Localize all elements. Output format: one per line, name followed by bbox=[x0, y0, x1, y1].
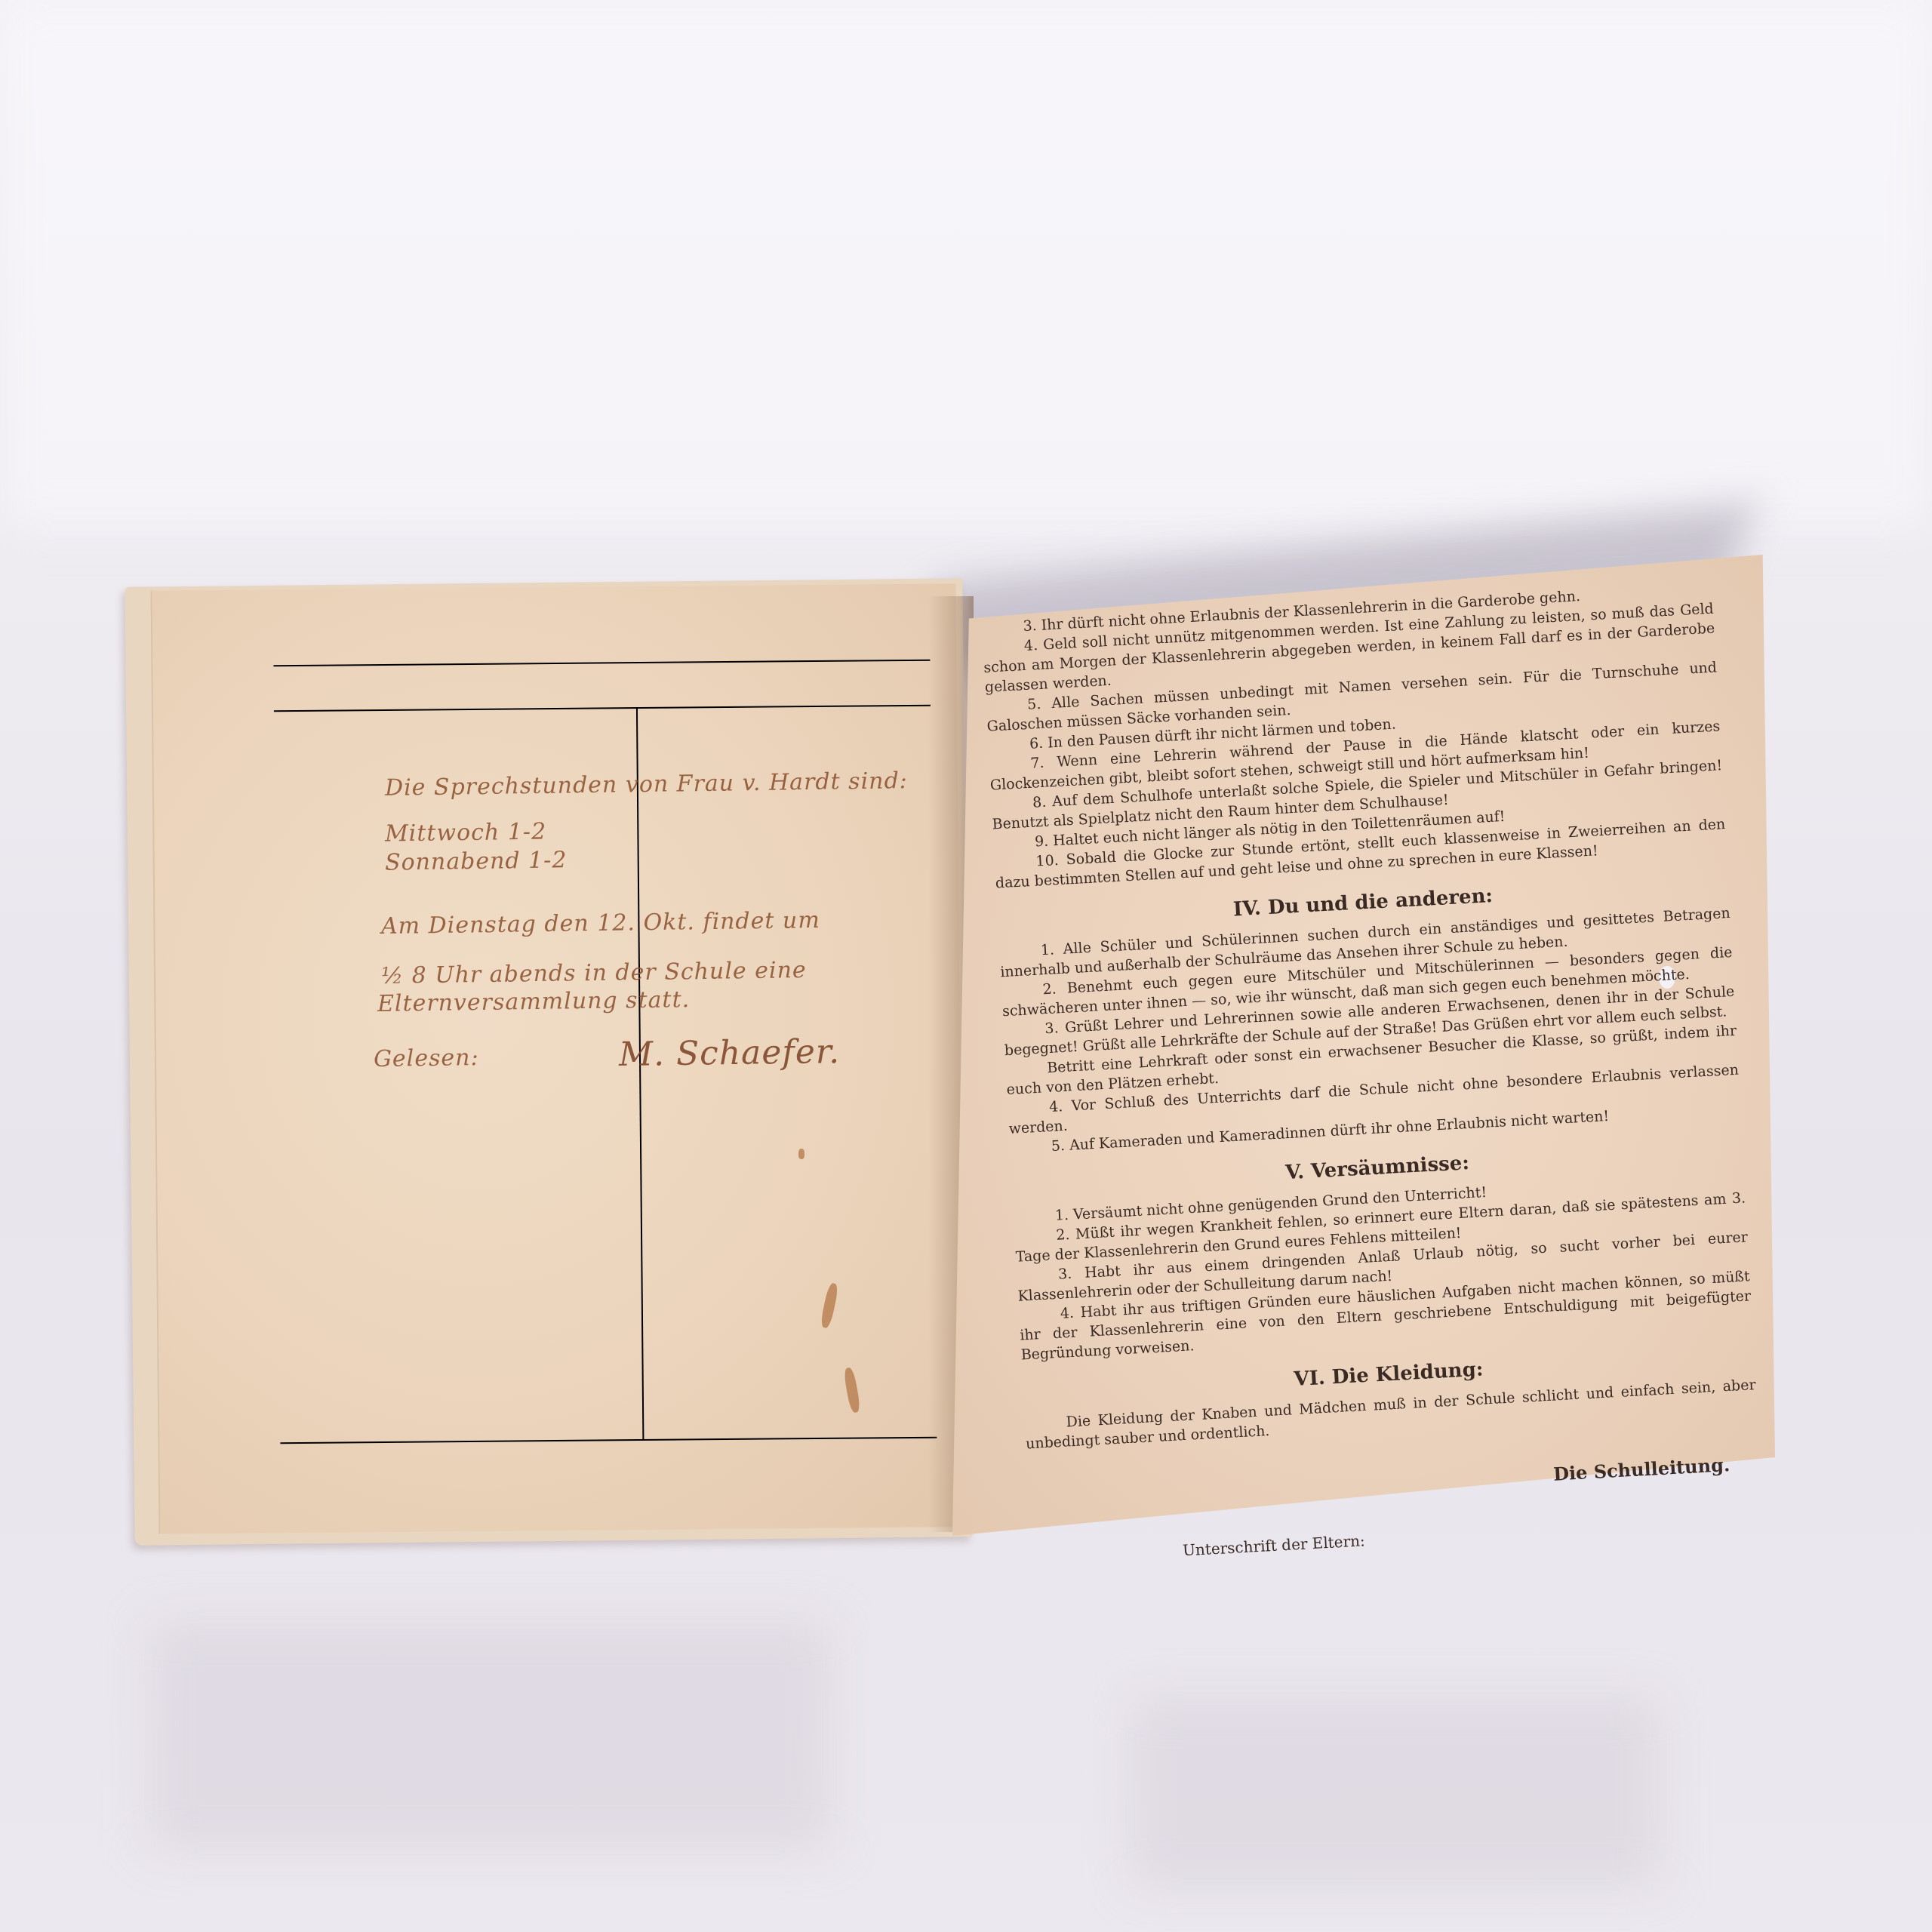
ink-stain bbox=[798, 1149, 804, 1159]
parents-signature-label: Unterschrift der Eltern: bbox=[1182, 1509, 1763, 1561]
faint-table-rule bbox=[274, 705, 931, 712]
handwritten-line: Elternversammlung statt. bbox=[377, 986, 691, 1017]
handwritten-line: Sonnabend 1-2 bbox=[385, 847, 568, 875]
cloth-fold bbox=[1132, 1698, 1660, 1887]
cloth-fold bbox=[151, 1623, 830, 1849]
school-rules-text: 3. Ihr dürft nicht ohne Erlaubnis der Kl… bbox=[981, 580, 1764, 1569]
teacher-signature: M. Schaefer. bbox=[619, 1032, 841, 1074]
booklet-left-page bbox=[151, 583, 964, 1534]
handwritten-line: Mittwoch 1-2 bbox=[385, 819, 547, 848]
cloth-highlight bbox=[0, 0, 1932, 528]
read-label: Gelesen: bbox=[374, 1044, 479, 1072]
faint-table-rule bbox=[280, 1437, 937, 1444]
school-administration-signature: Die Schulleitung. bbox=[1029, 1455, 1730, 1512]
faint-table-rule bbox=[273, 660, 930, 667]
